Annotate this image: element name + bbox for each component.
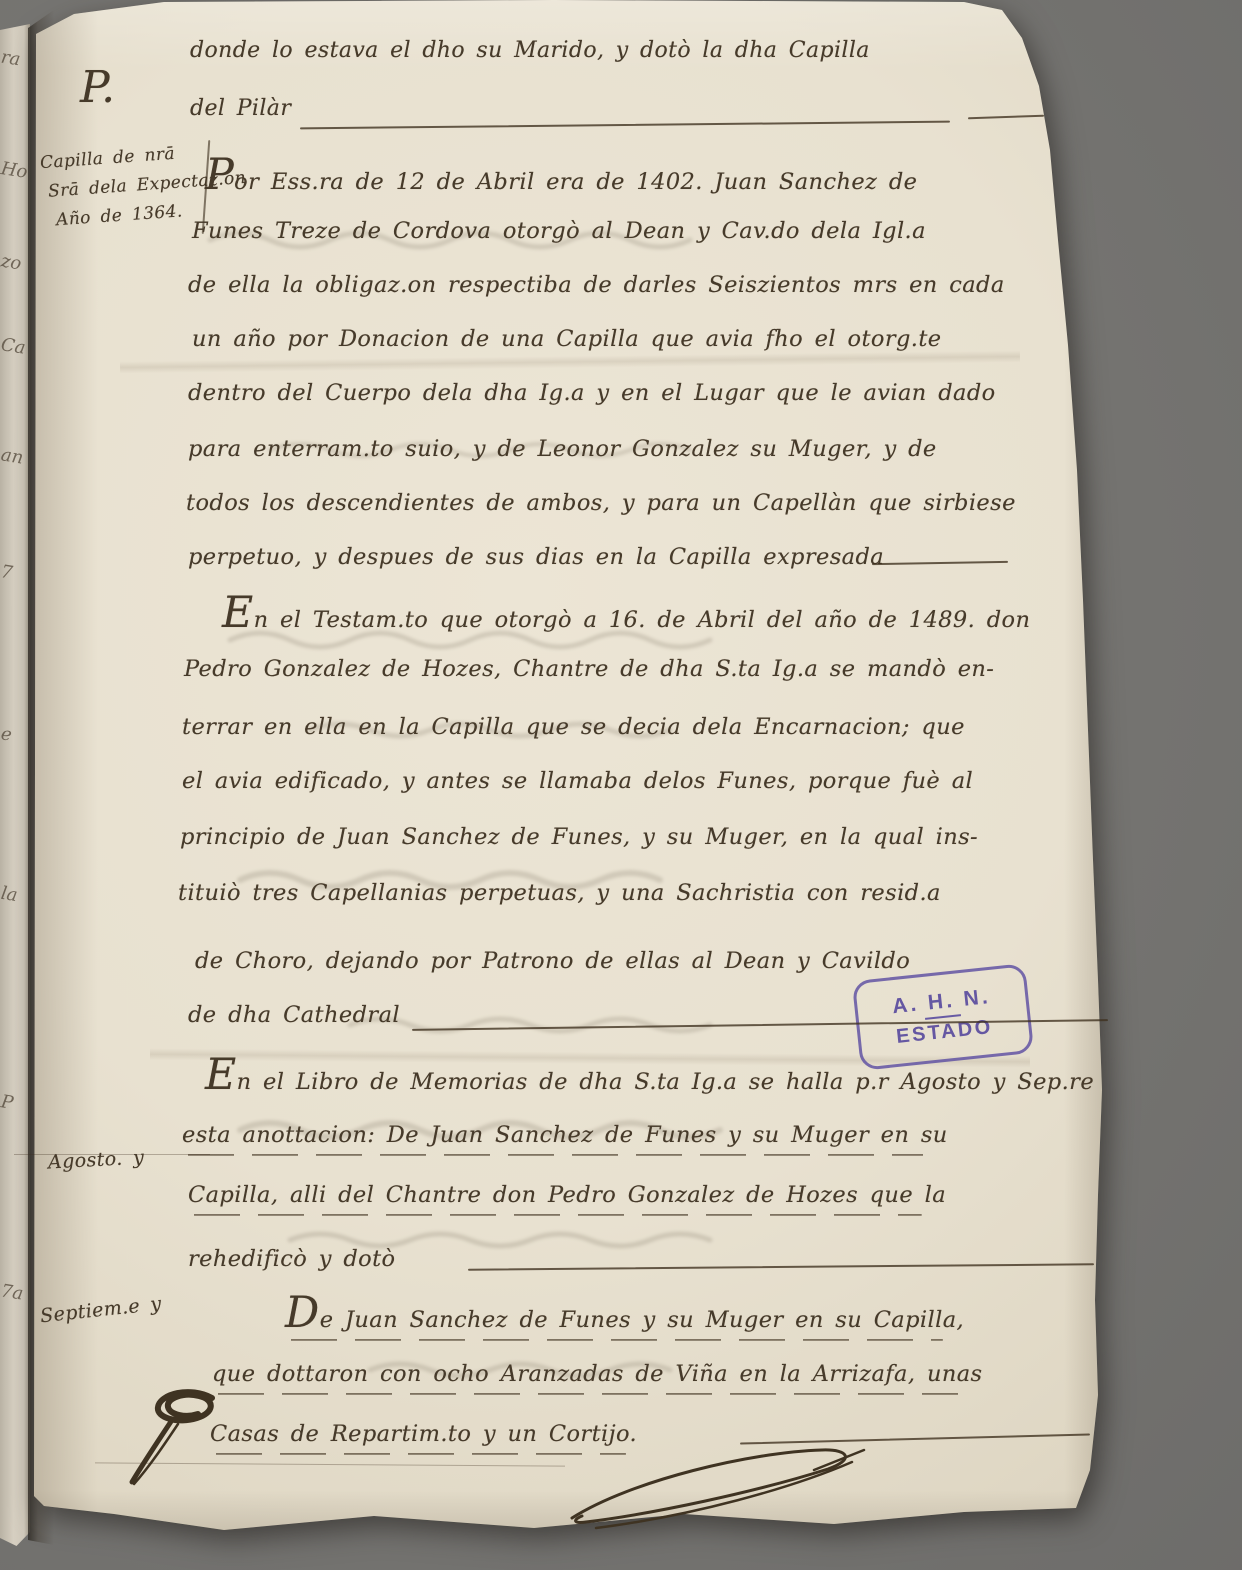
manuscript-line: Capilla, alli del Chantre don Pedro Gonz… xyxy=(188,1182,946,1216)
manuscript-line: Pedro Gonzalez de Hozes, Chantre de dha … xyxy=(184,656,994,682)
margin-august-label: Agosto. y xyxy=(47,1144,145,1178)
manuscript-line: todos los descendientes de ambos, y para… xyxy=(186,490,1016,516)
page-edge-fragment: P xyxy=(0,1091,15,1114)
archive-stamp: A. H. N. ESTADO xyxy=(852,963,1034,1071)
page-edge-fragment: Ca xyxy=(0,334,27,359)
page-edge-fragment: ra xyxy=(0,47,22,71)
previous-page-edge: ra Ho zo Ca an 7 e la P 7a xyxy=(0,0,30,1570)
manuscript-line: esta anottacion: De Juan Sanchez de Fune… xyxy=(182,1122,948,1156)
manuscript-line: En el Libro de Memorias de dha S.ta Ig.a… xyxy=(205,1058,1094,1095)
manuscript-line: perpetuo, y despues de sus dias en la Ca… xyxy=(188,544,884,570)
page-edge-fragment: an xyxy=(0,444,25,468)
ink-show-through xyxy=(150,120,1030,1480)
manuscript-line: dentro del Cuerpo dela dha Ig.a y en el … xyxy=(188,380,996,406)
manuscript-line: de ella la obligaz.on respectiba de darl… xyxy=(188,272,1005,298)
manuscript-line: De Juan Sanchez de Funes y su Muger en s… xyxy=(285,1296,964,1341)
margin-initial: P. xyxy=(80,62,115,113)
manuscript-line: terrar en ella en la Capilla que se deci… xyxy=(182,714,965,740)
header-line-2: del Pilàr xyxy=(190,96,291,121)
page-edge-fragment: la xyxy=(0,883,19,906)
manuscript-line: que dottaron con ocho Aranzadas de Viña … xyxy=(212,1361,983,1395)
manuscript-line: principio de Juan Sanchez de Funes, y su… xyxy=(180,824,978,850)
manuscript-line: tituiò tres Capellanias perpetuas, y una… xyxy=(178,880,941,906)
ink-blot-flourish xyxy=(120,1382,260,1502)
manuscript-line: de dha Cathedral xyxy=(188,1002,400,1028)
page-edge-fragment: e xyxy=(0,723,13,745)
header-line-1: donde lo estava el dho su Marido, y dotò… xyxy=(190,38,870,63)
stamp-text-ahn: A. H. N. xyxy=(891,985,992,1019)
manuscript-line: rehedificò y dotò xyxy=(188,1246,396,1272)
manuscript-line: un año por Donacion de una Capilla que a… xyxy=(192,326,942,352)
page-edge-fragment: 7a xyxy=(0,1280,25,1304)
page-edge-fragment: 7 xyxy=(0,561,14,584)
manuscript-line: para enterram.to suio, y de Leonor Gonza… xyxy=(188,436,937,462)
manuscript-photo: ra Ho zo Ca an 7 e la P 7a donde lo esta… xyxy=(0,0,1242,1570)
manuscript-line: En el Testam.to que otorgò a 16. de Abri… xyxy=(222,596,1030,633)
manuscript-line: Por Ess.ra de 12 de Abril era de 1402. J… xyxy=(205,158,917,195)
pen-flourish xyxy=(552,1436,892,1536)
manuscript-line: el avia edificado, y antes se llamaba de… xyxy=(182,768,973,794)
page-edge-fragment: Ho xyxy=(0,158,29,183)
page-edge-fragment: zo xyxy=(0,251,23,275)
manuscript-line: Funes Treze de Cordova otorgò al Dean y … xyxy=(192,218,926,244)
manuscript-line: de Choro, dejando por Patrono de ellas a… xyxy=(195,948,910,974)
